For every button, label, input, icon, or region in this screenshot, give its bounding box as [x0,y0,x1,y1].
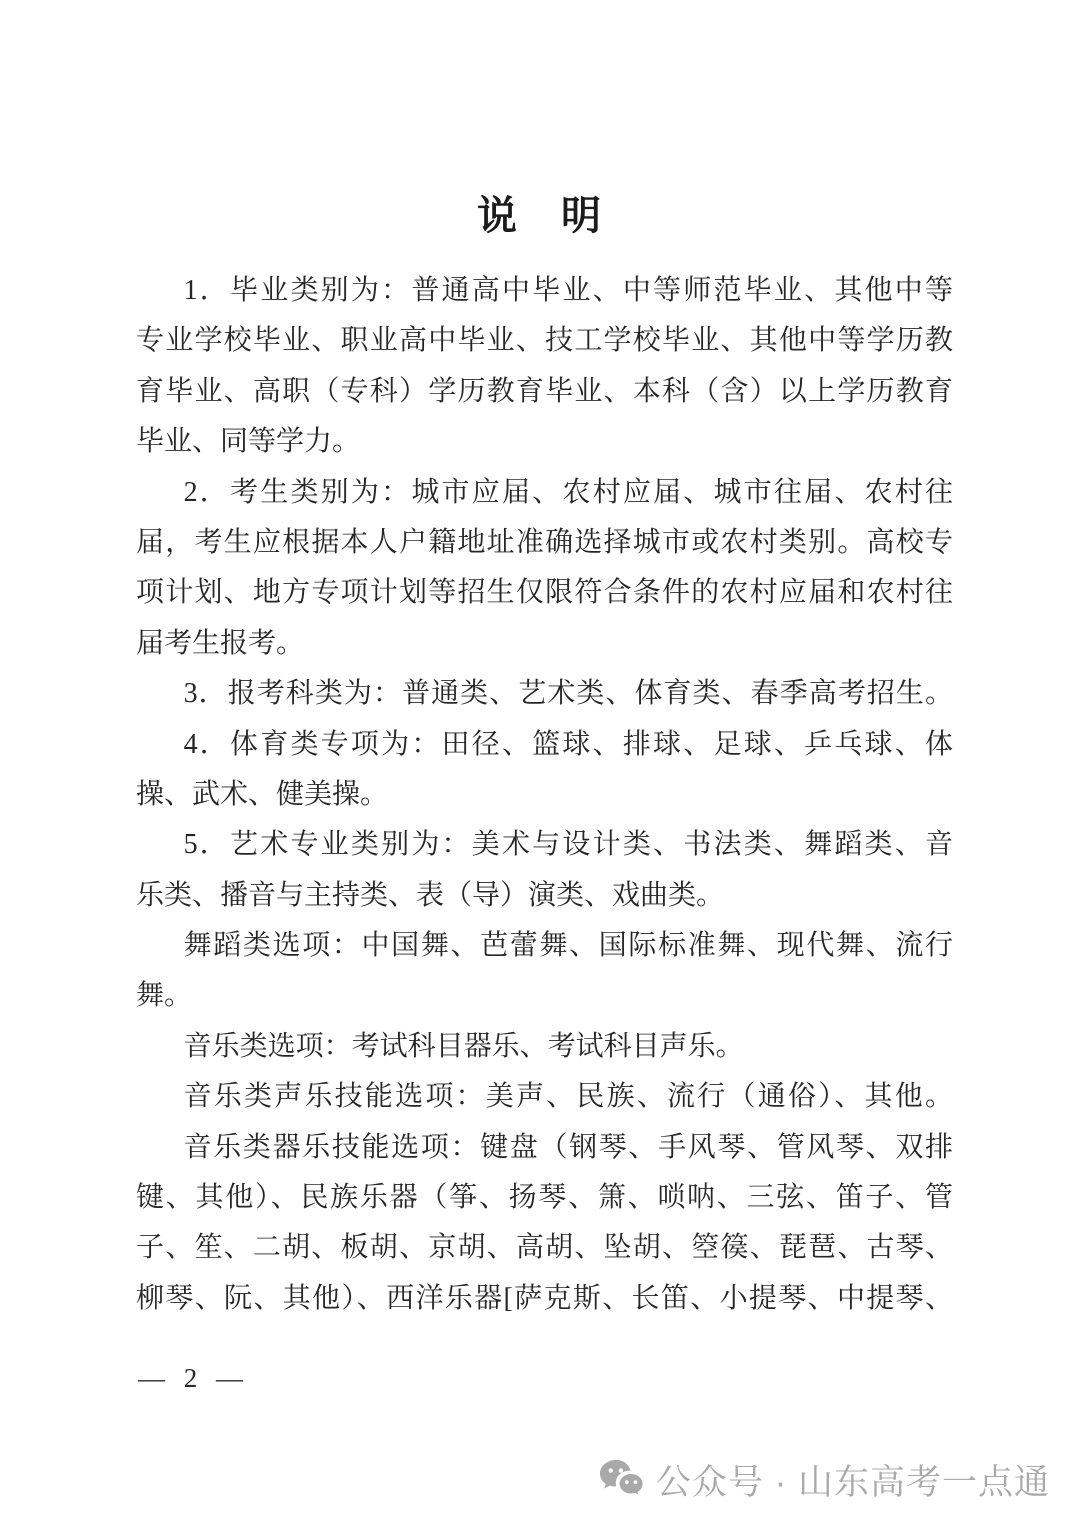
text-line: 毕业、同等学力。 [136,417,953,467]
text-line: 4．体育类专项为：田径、篮球、排球、足球、乒乓球、体 [136,720,953,770]
text-line: 舞蹈类选项：中国舞、芭蕾舞、国际标准舞、现代舞、流行 [136,921,953,971]
document-body: 1．毕业类别为：普通高中毕业、中等师范毕业、其他中等专业学校毕业、职业高中毕业、… [136,266,953,1324]
page-number: — 2 — [138,1363,249,1394]
text-line: 届，考生应根据本人户籍地址准确选择城市或农村类别。高校专 [136,518,953,568]
text-line: 届考生报考。 [136,619,953,669]
watermark-text: 公众号 · 山东高考一点通 [656,1455,1050,1505]
text-line: 5．艺术专业类别为：美术与设计类、书法类、舞蹈类、音 [136,820,953,870]
text-line: 音乐类选项：考试科目器乐、考试科目声乐。 [136,1022,953,1072]
text-line: 音乐类声乐技能选项：美声、民族、流行（通俗）、其他。 [136,1072,953,1122]
text-line: 子、笙、二胡、板胡、京胡、高胡、坠胡、箜篌、琵琶、古琴、 [136,1223,953,1273]
text-line: 乐类、播音与主持类、表（导）演类、戏曲类。 [136,871,953,921]
text-line: 舞。 [136,971,953,1021]
text-line: 项计划、地方专项计划等招生仅限符合条件的农村应届和农村往 [136,568,953,618]
watermark: 公众号 · 山东高考一点通 [598,1455,1050,1505]
text-line: 育毕业、高职（专科）学历教育毕业、本科（含）以上学历教育 [136,367,953,417]
text-line: 操、武术、健美操。 [136,770,953,820]
text-line: 柳琴、阮、其他）、西洋乐器[萨克斯、长笛、小提琴、中提琴、 [136,1274,953,1324]
text-line: 专业学校毕业、职业高中毕业、技工学校毕业、其他中等学历教 [136,316,953,366]
text-line: 音乐类器乐技能选项：键盘（钢琴、手风琴、管风琴、双排 [136,1123,953,1173]
text-line: 键、其他）、民族乐器（筝、扬琴、箫、唢呐、三弦、笛子、管 [136,1173,953,1223]
wechat-icon [598,1457,646,1503]
text-line: 2．考生类别为：城市应届、农村应届、城市往届、农村往 [136,468,953,518]
text-line: 3．报考科类为：普通类、艺术类、体育类、春季高考招生。 [136,669,953,719]
document-page: 说 明 1．毕业类别为：普通高中毕业、中等师范毕业、其他中等专业学校毕业、职业高… [0,0,1080,1527]
text-line: 1．毕业类别为：普通高中毕业、中等师范毕业、其他中等 [136,266,953,316]
page-title: 说 明 [0,184,1080,241]
